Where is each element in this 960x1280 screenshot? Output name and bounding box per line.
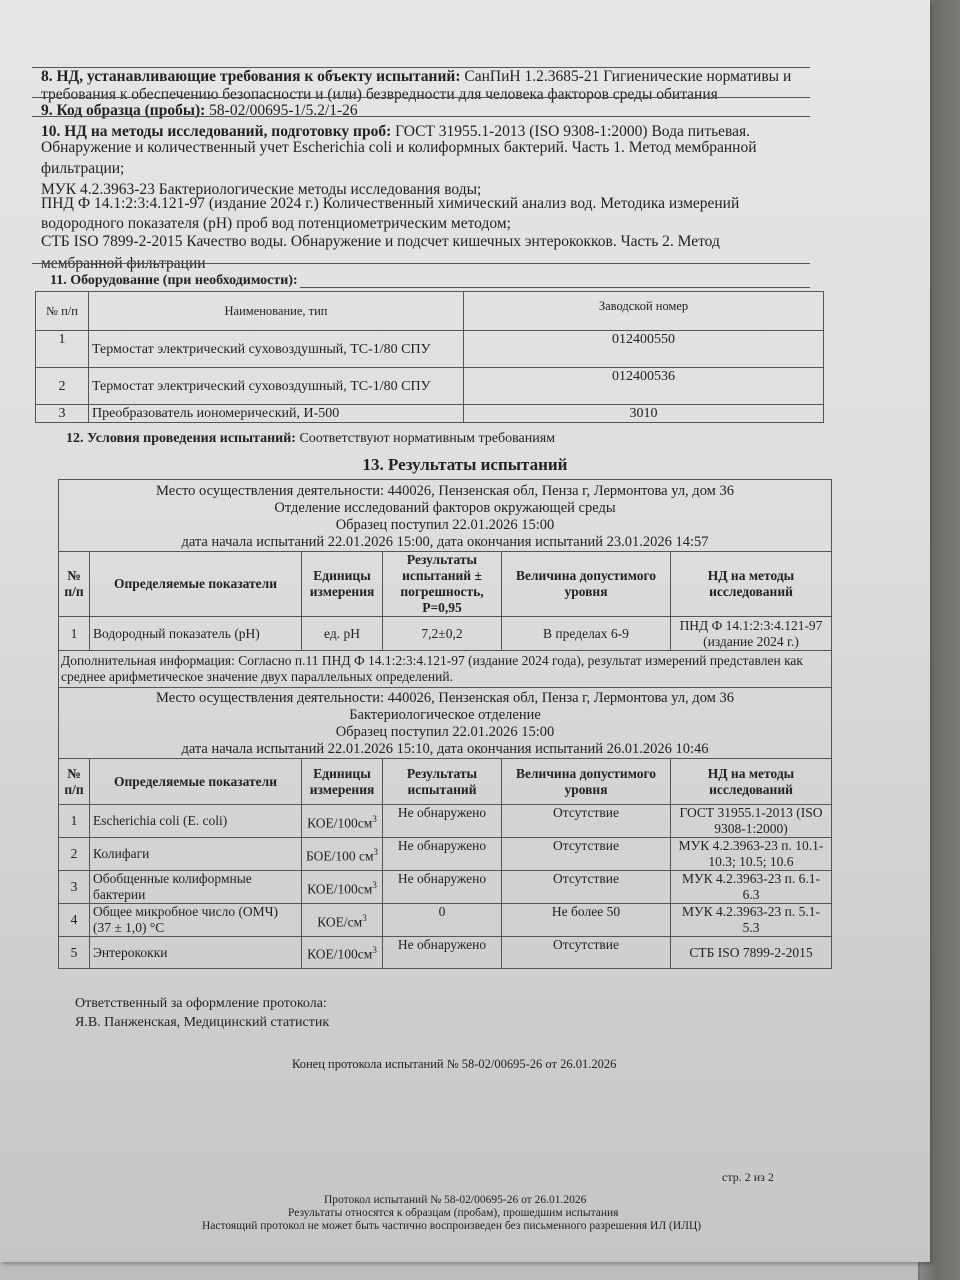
section-10-line: Обнаружение и количественный учет Escher…	[41, 137, 756, 158]
units-superscript: 3	[362, 913, 367, 923]
results-table-chemistry: Место осуществления деятельности: 440026…	[58, 479, 832, 969]
responsible-label: Ответственный за оформление протокола:	[75, 993, 327, 1014]
block-info: Место осуществления деятельности: 440026…	[59, 480, 832, 552]
result: Не обнаружено	[383, 871, 502, 904]
header-num: № п/п	[59, 552, 90, 617]
header-result: Результаты испытаний ± погрешность, P=0,…	[383, 552, 502, 617]
responsible-person: Я.В. Панженская, Медицинский статистик	[75, 1012, 329, 1033]
result: 0	[383, 904, 502, 937]
equipment-name: Преобразователь иономерический, И-500	[89, 405, 464, 423]
section-8-label: 8. НД, устанавливающие требования к объе…	[41, 68, 461, 85]
indicator: Колифаги	[90, 838, 302, 871]
row-num: 1	[59, 617, 90, 651]
units: КОЕ/100см3	[302, 937, 383, 969]
units-text: БОЕ/100 см	[306, 848, 374, 863]
footer-protocol: Протокол испытаний № 58-02/00695-26 от 2…	[324, 1194, 586, 1206]
result: Не обнаружено	[383, 937, 502, 969]
page-number: стр. 2 из 2	[722, 1170, 774, 1185]
section-8-text: СанПиН 1.2.3685-21 Гигиенические нормати…	[461, 68, 792, 85]
header-indicator: Определяемые показатели	[90, 759, 302, 805]
row-num: 1	[36, 331, 89, 368]
table-row: 5ЭнтерококкиКОЕ/100см3Не обнаруженоОтсут…	[59, 937, 832, 969]
indicator: Обобщенные колиформные бактерии	[90, 871, 302, 904]
table-row: 4Общее микробное число (ОМЧ) (37 ± 1,0) …	[59, 904, 832, 937]
block-info-cell: Место осуществления деятельности: 440026…	[59, 480, 832, 552]
table-row: 2КолифагиБОЕ/100 см3Не обнаруженоОтсутст…	[59, 838, 832, 871]
table-row: 1 Термостат электрический суховоздушный,…	[36, 331, 824, 368]
row-num: 3	[36, 405, 89, 423]
method: СТБ ISO 7899-2-2015	[671, 937, 832, 969]
section-12-label: 12. Условия проведения испытаний:	[66, 431, 296, 446]
limit: Отсутствие	[502, 937, 671, 969]
test-dates: дата начала испытаний 22.01.2026 15:00, …	[59, 534, 831, 551]
serial-number: 012400536	[464, 368, 824, 405]
divider	[300, 287, 810, 288]
additional-info: Дополнительная информация: Согласно п.11…	[59, 651, 832, 688]
limit: Отсутствие	[502, 871, 671, 904]
header-method: НД на методы исследований	[671, 552, 832, 617]
header-limit: Величина допустимого уровня	[502, 759, 671, 805]
block-info-cell: Место осуществления деятельности: 440026…	[59, 688, 832, 759]
divider	[32, 97, 810, 98]
table-header: № п/п Определяемые показатели Единицы из…	[59, 759, 832, 805]
footer-copy-note: Настоящий протокол не может быть частичн…	[202, 1220, 701, 1232]
units-text: КОЕ/см	[317, 914, 362, 929]
limit: Не более 50	[502, 904, 671, 937]
header-serial: Заводской номер	[464, 292, 824, 331]
result: Не обнаружено	[383, 805, 502, 838]
units: КОЕ/см3	[302, 904, 383, 937]
test-conditions: Соответствуют нормативным требованиям	[296, 431, 555, 446]
header-method: НД на методы исследований	[671, 759, 832, 805]
method: МУК 4.2.3963-23 п. 5.1-5.3	[671, 904, 832, 937]
bacteriology-rows: 1Escherichia coli (E. coli)КОЕ/100см3Не …	[59, 805, 832, 969]
row-num: 4	[59, 904, 90, 937]
department: Отделение исследований факторов окружающ…	[59, 500, 831, 517]
footer-results-note: Результаты относятся к образцам (пробам)…	[288, 1207, 618, 1219]
place-of-activity: Место осуществления деятельности: 440026…	[59, 690, 831, 707]
end-of-protocol: Конец протокола испытаний № 58-02/00695-…	[292, 1057, 616, 1072]
place-of-activity: Место осуществления деятельности: 440026…	[59, 483, 831, 500]
units-superscript: 3	[372, 945, 377, 955]
header-num: № п/п	[36, 292, 89, 331]
row-num: 2	[36, 368, 89, 405]
units: ед. pH	[302, 617, 383, 651]
header-name: Наименование, тип	[89, 292, 464, 331]
units-text: КОЕ/100см	[307, 947, 372, 962]
section-10-line: ПНД Ф 14.1:2:3:4.121-97 (издание 2024 г.…	[41, 193, 739, 214]
indicator: Водородный показатель (pH)	[90, 617, 302, 651]
units-text: КОЕ/100см	[307, 815, 372, 830]
method: МУК 4.2.3963-23 п. 10.1-10.3; 10.5; 10.6	[671, 838, 832, 871]
units-superscript: 3	[372, 814, 377, 824]
row-num: 2	[59, 838, 90, 871]
method: МУК 4.2.3963-23 п. 6.1-6.3	[671, 871, 832, 904]
indicator: Энтерококки	[90, 937, 302, 969]
section-10-line: СТБ ISO 7899-2-2015 Качество воды. Обнар…	[41, 231, 720, 252]
equipment-name: Термостат электрический суховоздушный, Т…	[89, 331, 464, 368]
table-row: 3 Преобразователь иономерический, И-500 …	[36, 405, 824, 423]
units-text: КОЕ/100см	[307, 881, 372, 896]
equipment-table: № п/п Наименование, тип Заводской номер …	[35, 291, 824, 423]
serial-number: 3010	[464, 405, 824, 423]
row-num: 3	[59, 871, 90, 904]
row-num: 1	[59, 805, 90, 838]
table-row: 1Escherichia coli (E. coli)КОЕ/100см3Не …	[59, 805, 832, 838]
department: Бактериологическое отделение	[59, 707, 831, 724]
sample-received: Образец поступил 22.01.2026 15:00	[59, 724, 831, 741]
section-12: 12. Условия проведения испытаний: Соотве…	[66, 428, 555, 449]
units: КОЕ/100см3	[302, 805, 383, 838]
header-limit: Величина допустимого уровня	[502, 552, 671, 617]
limit: Отсутствие	[502, 805, 671, 838]
section-9: 9. Код образца (пробы): 58-02/00695-1/5.…	[41, 100, 358, 121]
document-page: 8. НД, устанавливающие требования к объе…	[0, 0, 930, 1262]
table-header: № п/п Наименование, тип Заводской номер	[36, 292, 824, 331]
result: 7,2±0,2	[383, 617, 502, 651]
indicator: Escherichia coli (E. coli)	[90, 805, 302, 838]
header-result: Результаты испытаний	[383, 759, 502, 805]
method: ГОСТ 31955.1-2013 (ISO 9308-1:2000)	[671, 805, 832, 838]
serial-number: 012400550	[464, 331, 824, 368]
note-row: Дополнительная информация: Согласно п.11…	[59, 651, 832, 688]
row-num: 5	[59, 937, 90, 969]
equipment-name: Термостат электрический суховоздушный, Т…	[89, 368, 464, 405]
method: ПНД Ф 14.1:2:3:4.121-97 (издание 2024 г.…	[671, 617, 832, 651]
section-10-line: фильтрации;	[41, 158, 124, 179]
table-header: № п/п Определяемые показатели Единицы из…	[59, 552, 832, 617]
table-row: 1 Водородный показатель (pH) ед. pH 7,2±…	[59, 617, 832, 651]
units-superscript: 3	[372, 880, 377, 890]
section-11-label: 11. Оборудование (при необходимости):	[50, 270, 298, 291]
header-num: № п/п	[59, 759, 90, 805]
block-info: Место осуществления деятельности: 440026…	[59, 688, 832, 759]
limit: В пределах 6-9	[502, 617, 671, 651]
table-row: 3Обобщенные колиформные бактерииКОЕ/100с…	[59, 871, 832, 904]
indicator: Общее микробное число (ОМЧ) (37 ± 1,0) °…	[90, 904, 302, 937]
underlying-page-edge	[0, 1262, 918, 1280]
divider	[32, 263, 810, 264]
header-indicator: Определяемые показатели	[90, 552, 302, 617]
divider	[32, 116, 810, 117]
limit: Отсутствие	[502, 838, 671, 871]
header-units: Единицы измерения	[302, 552, 383, 617]
results-title: 13. Результаты испытаний	[0, 455, 930, 475]
test-dates: дата начала испытаний 22.01.2026 15:10, …	[59, 741, 831, 758]
sample-received: Образец поступил 22.01.2026 15:00	[59, 517, 831, 534]
units-superscript: 3	[374, 847, 379, 857]
units: БОЕ/100 см3	[302, 838, 383, 871]
units: КОЕ/100см3	[302, 871, 383, 904]
result: Не обнаружено	[383, 838, 502, 871]
header-units: Единицы измерения	[302, 759, 383, 805]
table-row: 2 Термостат электрический суховоздушный,…	[36, 368, 824, 405]
